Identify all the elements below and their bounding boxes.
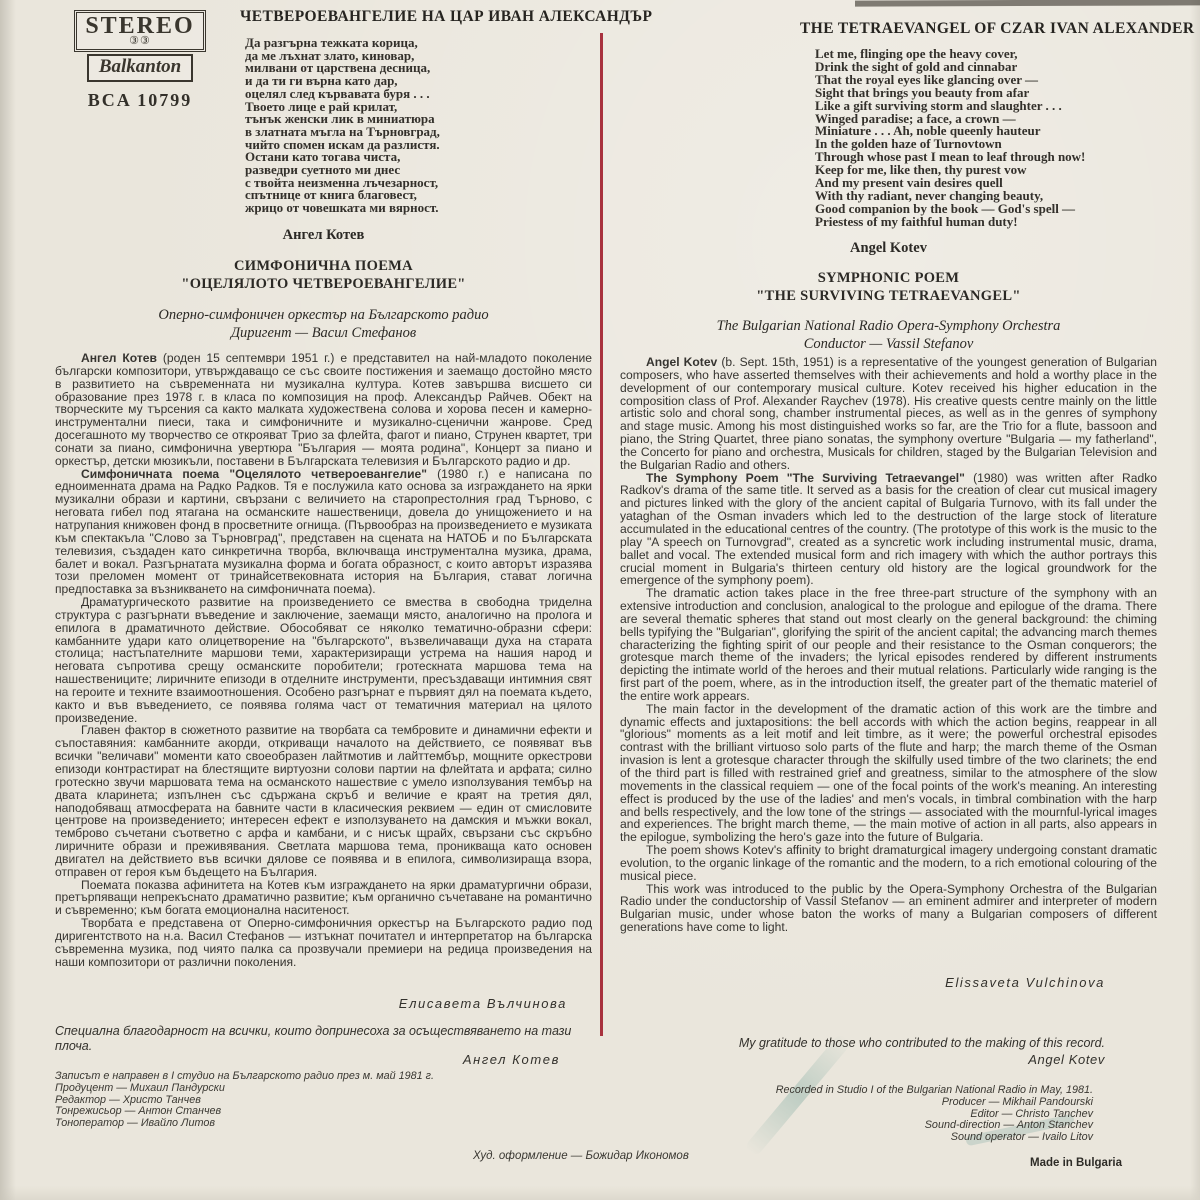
conductor-name: Диригент — Васил Стефанов [55, 325, 592, 343]
paragraph: The main factor in the development of th… [620, 703, 1157, 844]
paragraph: The Symphony Poem "The Surviving Tetraev… [620, 472, 1157, 588]
made-in-label: Made in Bulgaria [1030, 1157, 1122, 1169]
paragraph: Симфоничната поема "Оцелялото четвероева… [55, 468, 592, 596]
orchestra-name: Оперно-симфоничен оркестър на Българскот… [55, 307, 592, 325]
paragraph: Angel Kotev (b. Sept. 15th, 1951) is a r… [620, 356, 1157, 472]
orchestra-name: The Bulgarian National Radio Opera-Symph… [620, 318, 1157, 336]
composer-name-bg: Ангел Котев [55, 227, 592, 244]
paragraph: The poem shows Kotev's affinity to brigh… [620, 844, 1157, 883]
english-poem-title: THE TETRAEVANGEL OF CZAR IVAN ALEXANDER [800, 20, 1194, 38]
english-poem: Let me, flinging ope the heavy cover, Dr… [815, 48, 1085, 229]
paragraph: Поемата показва афинитета на Котев към и… [55, 879, 592, 918]
thanks-note-en: My gratitude to those who contributed to… [620, 1036, 1105, 1051]
work-title-en: SYMPHONIC POEM "THE SURVIVING TETRAEVANG… [620, 270, 1157, 305]
balkanton-logo: Balkanton [87, 54, 193, 82]
work-title-line: "THE SURVIVING TETRAEVANGEL" [620, 288, 1157, 306]
orchestra-credit-en: The Bulgarian National Radio Opera-Symph… [620, 318, 1157, 353]
work-title-line: СИМФОНИЧНА ПОЕМА [55, 258, 592, 276]
design-credit: Худ. оформление — Божидар Икономов [473, 1150, 689, 1162]
paragraph: Главен фактор в сюжетното развитие на тв… [55, 724, 592, 878]
recording-credits-en: Recorded in Studio I of the Bulgarian Na… [620, 1085, 1093, 1144]
recording-credits-bg: Записът е направен в I студио на Българс… [55, 1071, 434, 1130]
liner-author-signature-bg: Елисавета Вълчинова [55, 996, 567, 1011]
thanks-signature-en: Angel Kotev [620, 1052, 1105, 1067]
credit-line: Sound operator — Ivailo Litov [620, 1132, 1093, 1144]
bulgarian-poem: Да разгърна тежката корица, да ме лъхнат… [245, 37, 440, 215]
work-title-line: "ОЦЕЛЯЛОТО ЧЕТВЕРОЕВАНГЕЛИЕ" [55, 276, 592, 294]
publisher-logo-block: STEREO ③③ Balkanton BCA 10799 [55, 10, 225, 111]
paragraph: Ангел Котев (роден 15 септември 1951 г.)… [55, 352, 592, 468]
record-back-cover: STEREO ③③ Balkanton BCA 10799 ЧЕТВЕРОЕВА… [0, 0, 1200, 1200]
credit-line: Продуцент — Михаил Пандурски [55, 1083, 434, 1095]
work-title-bg: СИМФОНИЧНА ПОЕМА "ОЦЕЛЯЛОТО ЧЕТВЕРОЕВАНГ… [55, 258, 592, 293]
liner-author-signature-en: Elissaveta Vulchinova [620, 975, 1105, 990]
stereo-logo: STEREO ③③ [74, 10, 205, 52]
stereo-label: STEREO [85, 15, 194, 37]
composer-name-en: Angel Kotev [620, 240, 1157, 257]
english-liner-notes: Angel Kotev (b. Sept. 15th, 1951) is a r… [620, 356, 1157, 978]
thanks-signature-bg: Ангел Котев [55, 1052, 560, 1067]
orchestra-credit-bg: Оперно-симфоничен оркестър на Българскот… [55, 307, 592, 342]
credit-line: Тоноператор — Ивайло Литов [55, 1118, 434, 1130]
column-divider-line [600, 33, 603, 1036]
bulgarian-poem-title: ЧЕТВЕРОЕВАНГЕЛИЕ НА ЦАР ИВАН АЛЕКСАНДЪР [240, 8, 652, 26]
credit-line: Producer — Mikhail Pandourski [620, 1097, 1093, 1109]
poem-line: жрицо от човешката ми вярност. [245, 202, 440, 215]
poem-line: Priestess of my faithful human duty! [815, 216, 1085, 229]
paragraph: Драматургическото развитие на произведен… [55, 596, 592, 724]
paragraph: Творбата е представена от Оперно-симфони… [55, 917, 592, 968]
paragraph: This work was introduced to the public b… [620, 883, 1157, 934]
bulgarian-liner-notes: Ангел Котев (роден 15 септември 1951 г.)… [55, 352, 592, 992]
thanks-note-bg: Специална благодарност на всички, които … [55, 1024, 595, 1053]
scan-edge-artifact [855, 0, 1200, 7]
work-title-line: SYMPHONIC POEM [620, 270, 1157, 288]
catalog-number: BCA 10799 [55, 90, 225, 111]
conductor-name: Conductor — Vassil Stefanov [620, 336, 1157, 354]
paragraph: The dramatic action takes place in the f… [620, 587, 1157, 703]
